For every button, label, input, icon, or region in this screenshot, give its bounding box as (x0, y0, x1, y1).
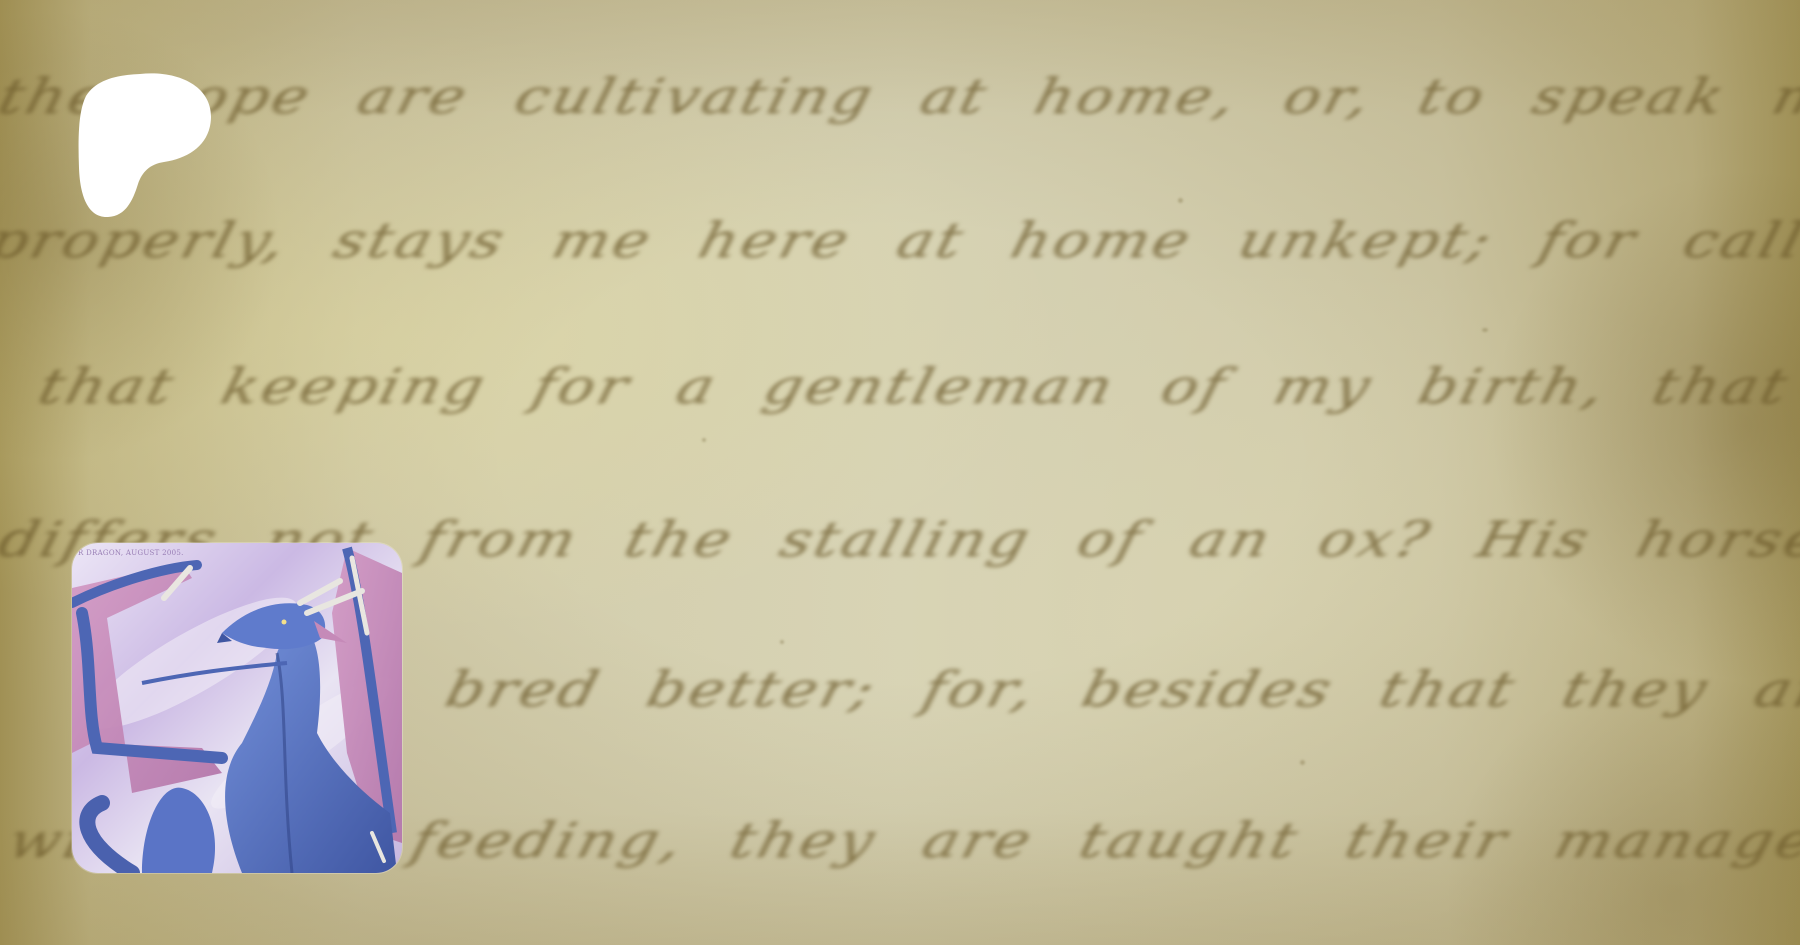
handwriting-line: the cope are cultivating at home, or, to… (0, 68, 1800, 125)
parchment-stain (702, 438, 706, 442)
parchment-stain (1482, 328, 1488, 332)
parchment-stain (1178, 198, 1183, 203)
parchment-stain (1300, 760, 1305, 765)
handwriting-line: properly, stays me here at home unkept; … (0, 212, 1800, 269)
handwriting-line: are bred better; for, besides that they … (283, 661, 1800, 718)
patreon-share-banner: the cope are cultivating at home, or, to… (0, 0, 1800, 945)
handwriting-line: that keeping for a gentleman of my birth… (33, 358, 1796, 415)
patreon-logo-icon (78, 72, 212, 218)
avatar-artist-caption: R DRAGON, AUGUST 2005. (78, 549, 184, 557)
creator-avatar: R DRAGON, AUGUST 2005. (72, 543, 402, 873)
parchment-stain (780, 640, 784, 644)
